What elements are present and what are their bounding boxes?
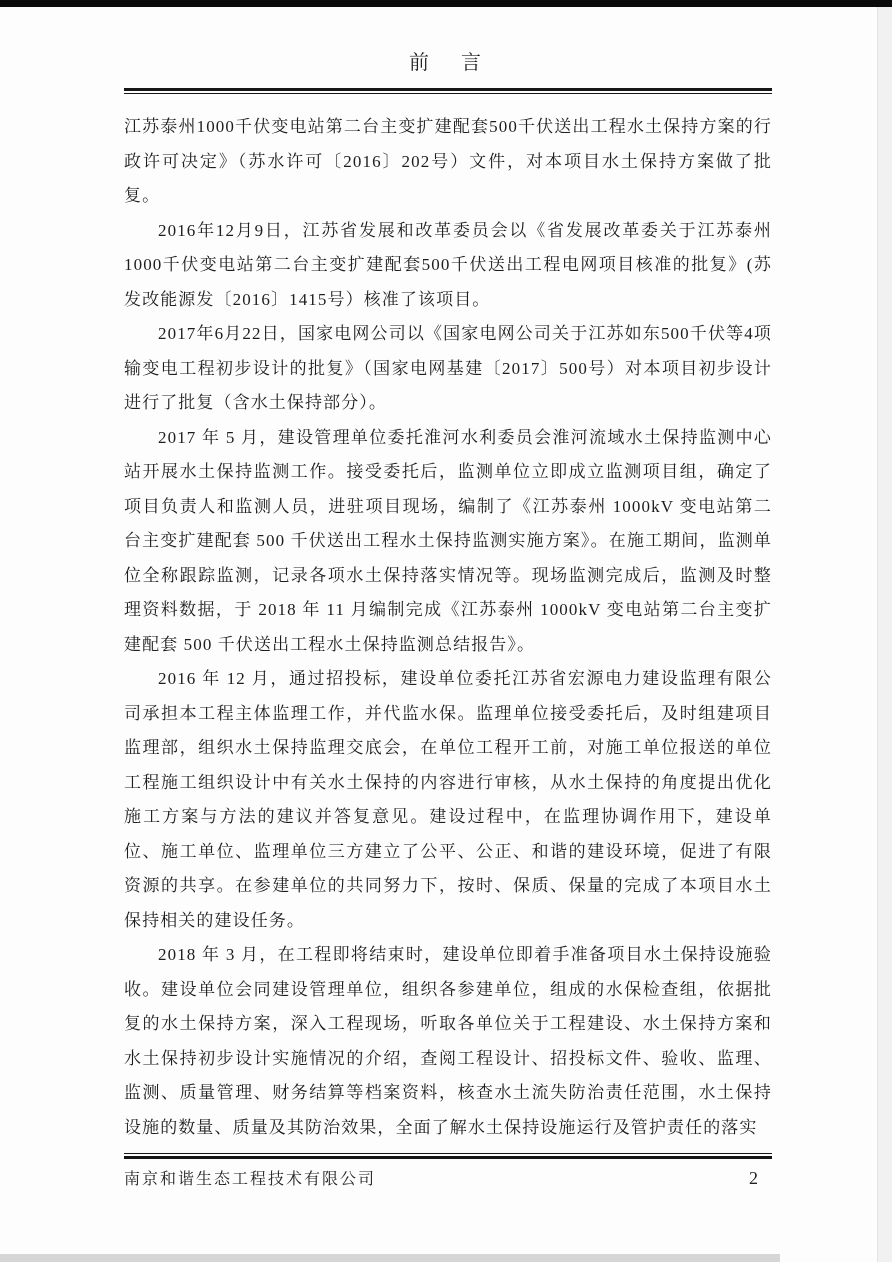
page-title: 前 言 [124, 46, 772, 75]
paragraph: 2016年12月9日，江苏省发展和改革委员会以《省发展改革委关于江苏泰州1000… [124, 214, 772, 318]
scan-artifact-right-band [877, 7, 892, 1262]
paragraph: 2017 年 5 月，建设管理单位委托淮河水利委员会淮河流域水土保持监测中心站开… [124, 421, 772, 663]
header-divider [124, 88, 772, 94]
footer-company-name: 南京和谐生态工程技术有限公司 [124, 1166, 376, 1189]
paragraph: 2016 年 12 月，通过招投标，建设单位委托江苏省宏源电力建设监理有限公司承… [124, 662, 772, 938]
scan-artifact-top-band [0, 0, 892, 7]
footer-row: 南京和谐生态工程技术有限公司 2 [124, 1166, 772, 1189]
document-page: 前 言 江苏泰州1000千伏变电站第二台主变扩建配套500千伏送出工程水土保持方… [0, 0, 892, 1262]
page-footer: 南京和谐生态工程技术有限公司 2 [124, 1153, 772, 1189]
page-content: 前 言 江苏泰州1000千伏变电站第二台主变扩建配套500千伏送出工程水土保持方… [124, 46, 772, 1145]
page-number: 2 [749, 1168, 772, 1189]
document-body: 江苏泰州1000千伏变电站第二台主变扩建配套500千伏送出工程水土保持方案的行政… [124, 110, 772, 1145]
paragraph: 2017年6月22日，国家电网公司以《国家电网公司关于江苏如东500千伏等4项输… [124, 317, 772, 421]
scan-artifact-bottom-band [0, 1254, 780, 1262]
paragraph: 2018 年 3 月，在工程即将结束时，建设单位即着手准备项目水土保持设施验收。… [124, 938, 772, 1145]
footer-divider [124, 1153, 772, 1159]
paragraph: 江苏泰州1000千伏变电站第二台主变扩建配套500千伏送出工程水土保持方案的行政… [124, 110, 772, 214]
